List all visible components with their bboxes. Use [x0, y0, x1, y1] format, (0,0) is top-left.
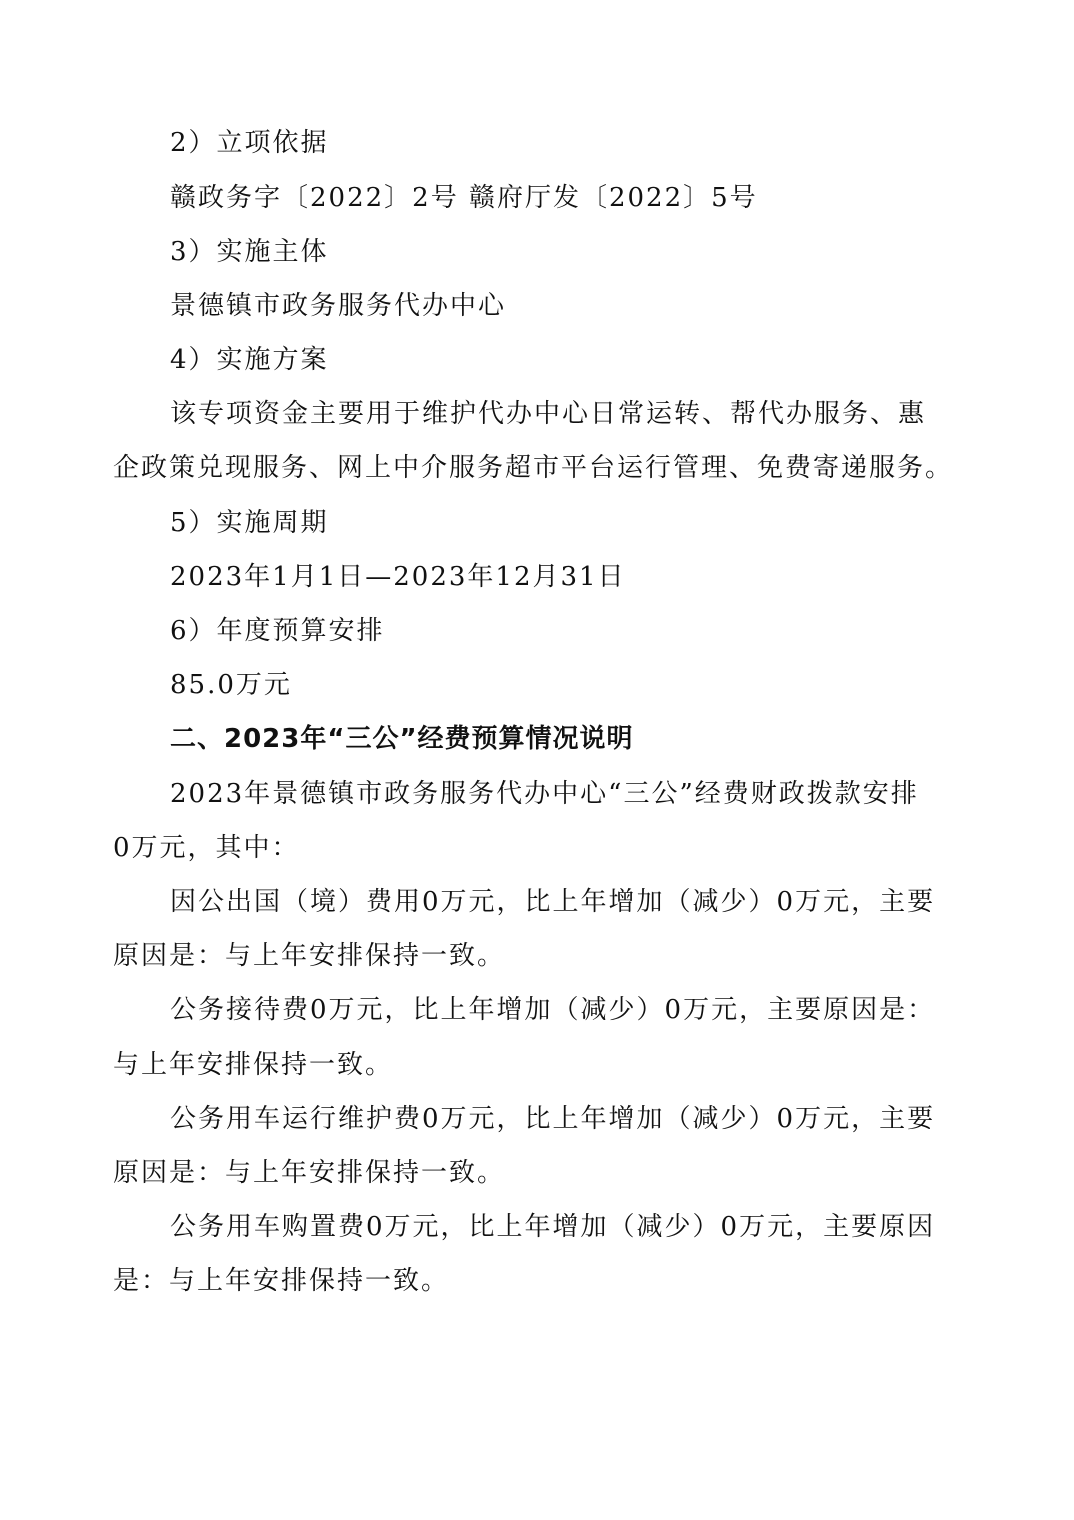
- paragraph-line: 2023年景德镇市政务服务代办中心“三公”经费财政拨款安排: [170, 778, 919, 810]
- paragraph-line: 2）立项依据: [170, 127, 329, 159]
- paragraph-line: 原因是：与上年安排保持一致。: [113, 1157, 505, 1189]
- paragraph-line: 4）实施方案: [170, 344, 329, 376]
- paragraph-line: 公务接待费0万元，比上年增加（减少）0万元，主要原因是：: [170, 994, 935, 1026]
- paragraph-line: 2023年1月1日—2023年12月31日: [170, 561, 626, 593]
- paragraph-line: 0万元，其中：: [113, 832, 300, 864]
- paragraph-line: 与上年安排保持一致。: [113, 1049, 393, 1081]
- paragraph-line: 该专项资金主要用于维护代办中心日常运转、帮代办服务、惠: [170, 398, 926, 430]
- paragraph-line: 6）年度预算安排: [170, 615, 385, 647]
- paragraph-line: 因公出国（境）费用0万元，比上年增加（减少）0万元，主要: [170, 886, 935, 918]
- paragraph-line: 85.0万元: [170, 669, 292, 701]
- paragraph-line: 赣政务字〔2022〕2号 赣府厅发〔2022〕5号: [170, 182, 758, 214]
- paragraph-line: 是：与上年安排保持一致。: [113, 1265, 449, 1297]
- paragraph-line: 5）实施周期: [170, 507, 329, 539]
- paragraph-line: 3）实施主体: [170, 236, 329, 268]
- section-heading: 二、2023年“三公”经费预算情况说明: [170, 723, 634, 755]
- paragraph-line: 景德镇市政务服务代办中心: [170, 290, 506, 322]
- paragraph-line: 公务用车购置费0万元，比上年增加（减少）0万元，主要原因: [170, 1211, 935, 1243]
- paragraph-line: 公务用车运行维护费0万元，比上年增加（减少）0万元，主要: [170, 1103, 935, 1135]
- paragraph-line: 原因是：与上年安排保持一致。: [113, 940, 505, 972]
- paragraph-line: 企政策兑现服务、网上中介服务超市平台运行管理、免费寄递服务。: [113, 452, 953, 484]
